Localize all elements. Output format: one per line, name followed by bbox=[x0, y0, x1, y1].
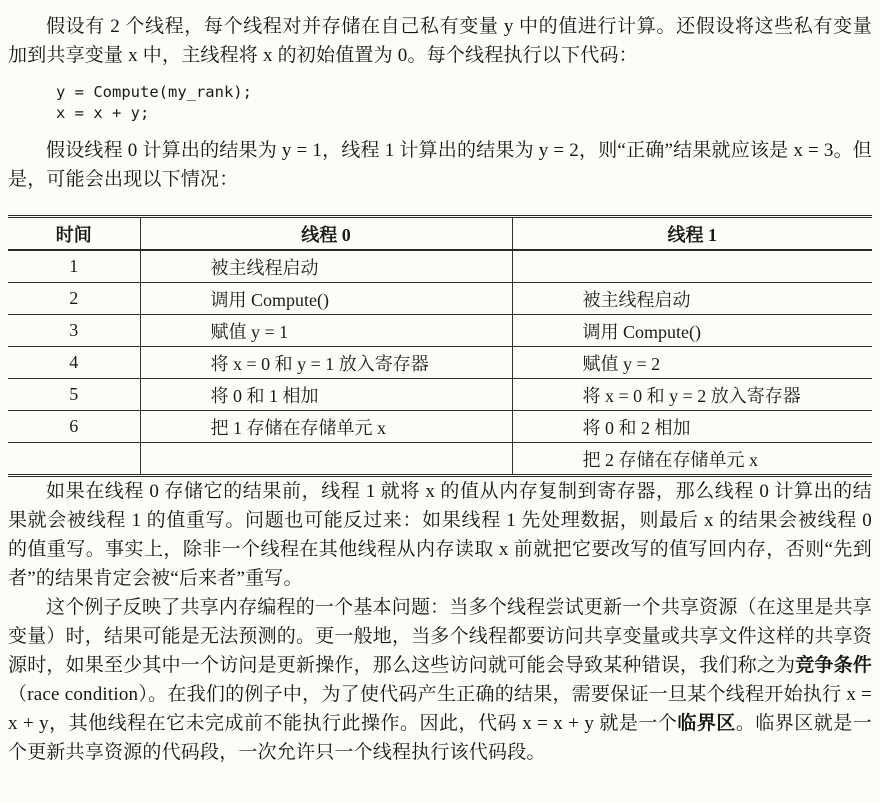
book-page: 假设有 2 个线程，每个线程对并存储在自己私有变量 y 中的值进行计算。还假设将… bbox=[0, 0, 880, 803]
paragraph-overwrite-explanation: 如果在线程 0 存储它的结果前，线程 1 就将 x 的值从内存复制到寄存器，那么… bbox=[8, 477, 872, 593]
table-row: 3 赋值 y = 1 调用 Compute() bbox=[8, 315, 872, 347]
table-cell-thread1: 调用 Compute() bbox=[512, 315, 872, 347]
header-time: 时间 bbox=[8, 217, 140, 251]
table-header-row: 时间 线程 0 线程 1 bbox=[8, 217, 872, 251]
table-row: 6 把 1 存储在存储单元 x 将 0 和 2 相加 bbox=[8, 411, 872, 443]
table-row: 5 将 0 和 1 相加 将 x = 0 和 y = 2 放入寄存器 bbox=[8, 379, 872, 411]
table-cell-time: 2 bbox=[8, 283, 140, 315]
table-cell-thread0: 把 1 存储在存储单元 x bbox=[140, 411, 512, 443]
code-snippet: y = Compute(my_rank);x = x + y; bbox=[56, 82, 872, 124]
table-row: 4 将 x = 0 和 y = 1 放入寄存器 赋值 y = 2 bbox=[8, 347, 872, 379]
table-cell-time: 1 bbox=[8, 250, 140, 283]
table-cell-thread1: 将 0 和 2 相加 bbox=[512, 411, 872, 443]
term-critical-section: 临界区 bbox=[677, 713, 735, 734]
table-cell-thread0: 赋值 y = 1 bbox=[140, 315, 512, 347]
paragraph-race-condition: 这个例子反映了共享内存编程的一个基本问题：当多个线程尝试更新一个共享资源（在这里… bbox=[8, 593, 872, 767]
race-condition-text-a: 这个例子反映了共享内存编程的一个基本问题：当多个线程尝试更新一个共享资源（在这里… bbox=[8, 597, 872, 676]
table-cell-thread1: 赋值 y = 2 bbox=[512, 347, 872, 379]
table-cell-thread1: 将 x = 0 和 y = 2 放入寄存器 bbox=[512, 379, 872, 411]
table-cell-thread0: 调用 Compute() bbox=[140, 283, 512, 315]
table-cell-time: 5 bbox=[8, 379, 140, 411]
header-thread1: 线程 1 bbox=[512, 217, 872, 251]
table-cell-time: 3 bbox=[8, 315, 140, 347]
thread-trace-table: 时间 线程 0 线程 1 1 被主线程启动 2 调用 Compute() 被主线… bbox=[8, 215, 872, 477]
term-race-condition: 竞争条件 bbox=[795, 655, 872, 676]
table-cell-thread0: 将 x = 0 和 y = 1 放入寄存器 bbox=[140, 347, 512, 379]
paragraph-intro: 假设有 2 个线程，每个线程对并存储在自己私有变量 y 中的值进行计算。还假设将… bbox=[8, 12, 872, 70]
table-cell-thread1: 被主线程启动 bbox=[512, 283, 872, 315]
code-line-1: y = Compute(my_rank); bbox=[56, 82, 872, 103]
paragraph-expected-result: 假设线程 0 计算出的结果为 y = 1，线程 1 计算出的结果为 y = 2，… bbox=[8, 136, 872, 194]
table-row: 2 调用 Compute() 被主线程启动 bbox=[8, 283, 872, 315]
table-cell-time: 4 bbox=[8, 347, 140, 379]
table-cell-thread1 bbox=[512, 250, 872, 283]
header-thread0: 线程 0 bbox=[140, 217, 512, 251]
table-cell-thread0 bbox=[140, 443, 512, 476]
table-row: 把 2 存储在存储单元 x bbox=[8, 443, 872, 476]
table-cell-thread0: 被主线程启动 bbox=[140, 250, 512, 283]
table-cell-time bbox=[8, 443, 140, 476]
table-cell-thread0: 将 0 和 1 相加 bbox=[140, 379, 512, 411]
table-row: 1 被主线程启动 bbox=[8, 250, 872, 283]
table-cell-time: 6 bbox=[8, 411, 140, 443]
code-line-2: x = x + y; bbox=[56, 103, 872, 124]
table-cell-thread1: 把 2 存储在存储单元 x bbox=[512, 443, 872, 476]
